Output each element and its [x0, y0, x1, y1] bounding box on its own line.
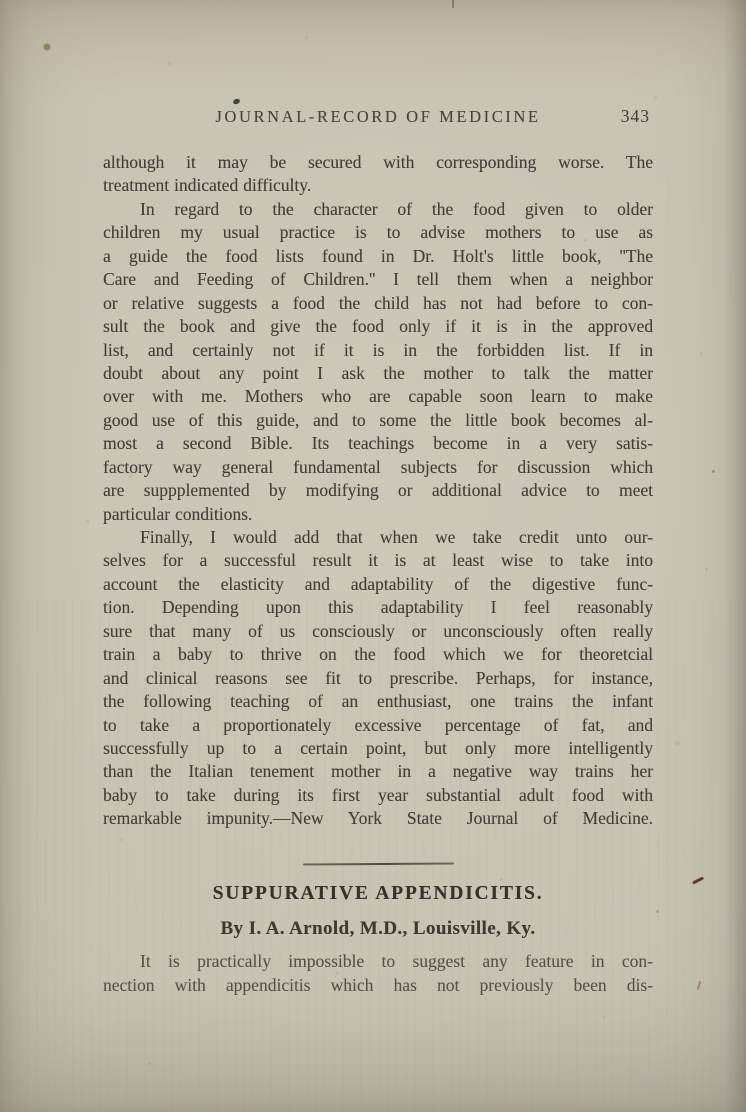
text-line: are suppplemented by modifying or additi… — [103, 479, 653, 502]
text-line: nection with appendicitis which has not … — [103, 973, 653, 997]
text-line: Finally, I would add that when we take c… — [103, 526, 653, 549]
text-line: In regard to the character of the food g… — [103, 198, 653, 221]
olive-stain-mark — [43, 43, 51, 51]
text-line: remarkable impunity.—New York State Jour… — [103, 807, 653, 830]
text-line: although it may be secured with correspo… — [103, 151, 653, 174]
text-line: selves for a successful result it is at … — [103, 549, 653, 572]
text-line: over with me. Mothers who are capable so… — [103, 385, 653, 408]
text-line: than the Italian tenement mother in a ne… — [103, 760, 653, 783]
text-line: children my usual practice is to advise … — [103, 221, 653, 244]
text-line: account the elasticity and adaptability … — [103, 573, 653, 596]
journal-title: JOURNAL-RECORD OF MEDICINE — [103, 107, 653, 127]
text-line: sure that many of us consciously or unco… — [103, 620, 653, 643]
text-line: successfully up to a certain point, but … — [103, 737, 653, 760]
text-line: doubt about any point I ask the mother t… — [103, 362, 653, 385]
red-slash-mark — [697, 981, 702, 990]
text-line: and clinical reasons see fit to prescrib… — [103, 667, 653, 690]
text-line: train a baby to thrive on the food which… — [103, 643, 653, 666]
text-line: a guide the food lists found in Dr. Holt… — [103, 245, 653, 268]
ink-speck-mark — [232, 98, 240, 105]
scanned-journal-page: JOURNAL-RECORD OF MEDICINE 343 although … — [0, 0, 746, 1112]
text-line: the following teaching of an enthusiast,… — [103, 690, 653, 713]
text-line: sult the book and give the food only if … — [103, 315, 653, 338]
paper-specks — [0, 0, 3, 3]
text-line: It is practically impossible to suggest … — [103, 949, 653, 973]
text-line: treatment indicated difficulty. — [103, 174, 653, 197]
text-line: or relative suggests a food the child ha… — [103, 292, 653, 315]
article-2-title: SUPPURATIVE APPENDICITIS. — [103, 883, 653, 905]
text-line: factory way general fundamental subjects… — [103, 456, 653, 479]
page-number: 343 — [621, 106, 650, 127]
text-line: Care and Feeding of Children.'' I tell t… — [103, 268, 653, 291]
text-line: tion. Depending upon this adaptability I… — [103, 596, 653, 619]
article-2-byline: By I. A. Arnold, M.D., Louisville, Ky. — [103, 918, 653, 940]
text-line: baby to take during its first year subst… — [103, 784, 653, 807]
text-line: list, and certainly not if it is in the … — [103, 339, 653, 362]
text-line: most a second Bible. Its teachings becom… — [103, 432, 653, 455]
text-line: good use of this guide, and to some the … — [103, 409, 653, 432]
section-divider-rule — [303, 862, 454, 865]
text-line: particular conditions. — [103, 503, 653, 526]
top-edge-tick-mark — [452, 0, 454, 8]
article-1-body: although it may be secured with correspo… — [103, 151, 653, 831]
text-line: to take a proportionately excessive perc… — [103, 714, 653, 737]
running-header: JOURNAL-RECORD OF MEDICINE 343 — [103, 107, 653, 127]
article-2-body: It is practically impossible to suggest … — [103, 949, 653, 997]
red-dash-mark — [692, 876, 704, 884]
